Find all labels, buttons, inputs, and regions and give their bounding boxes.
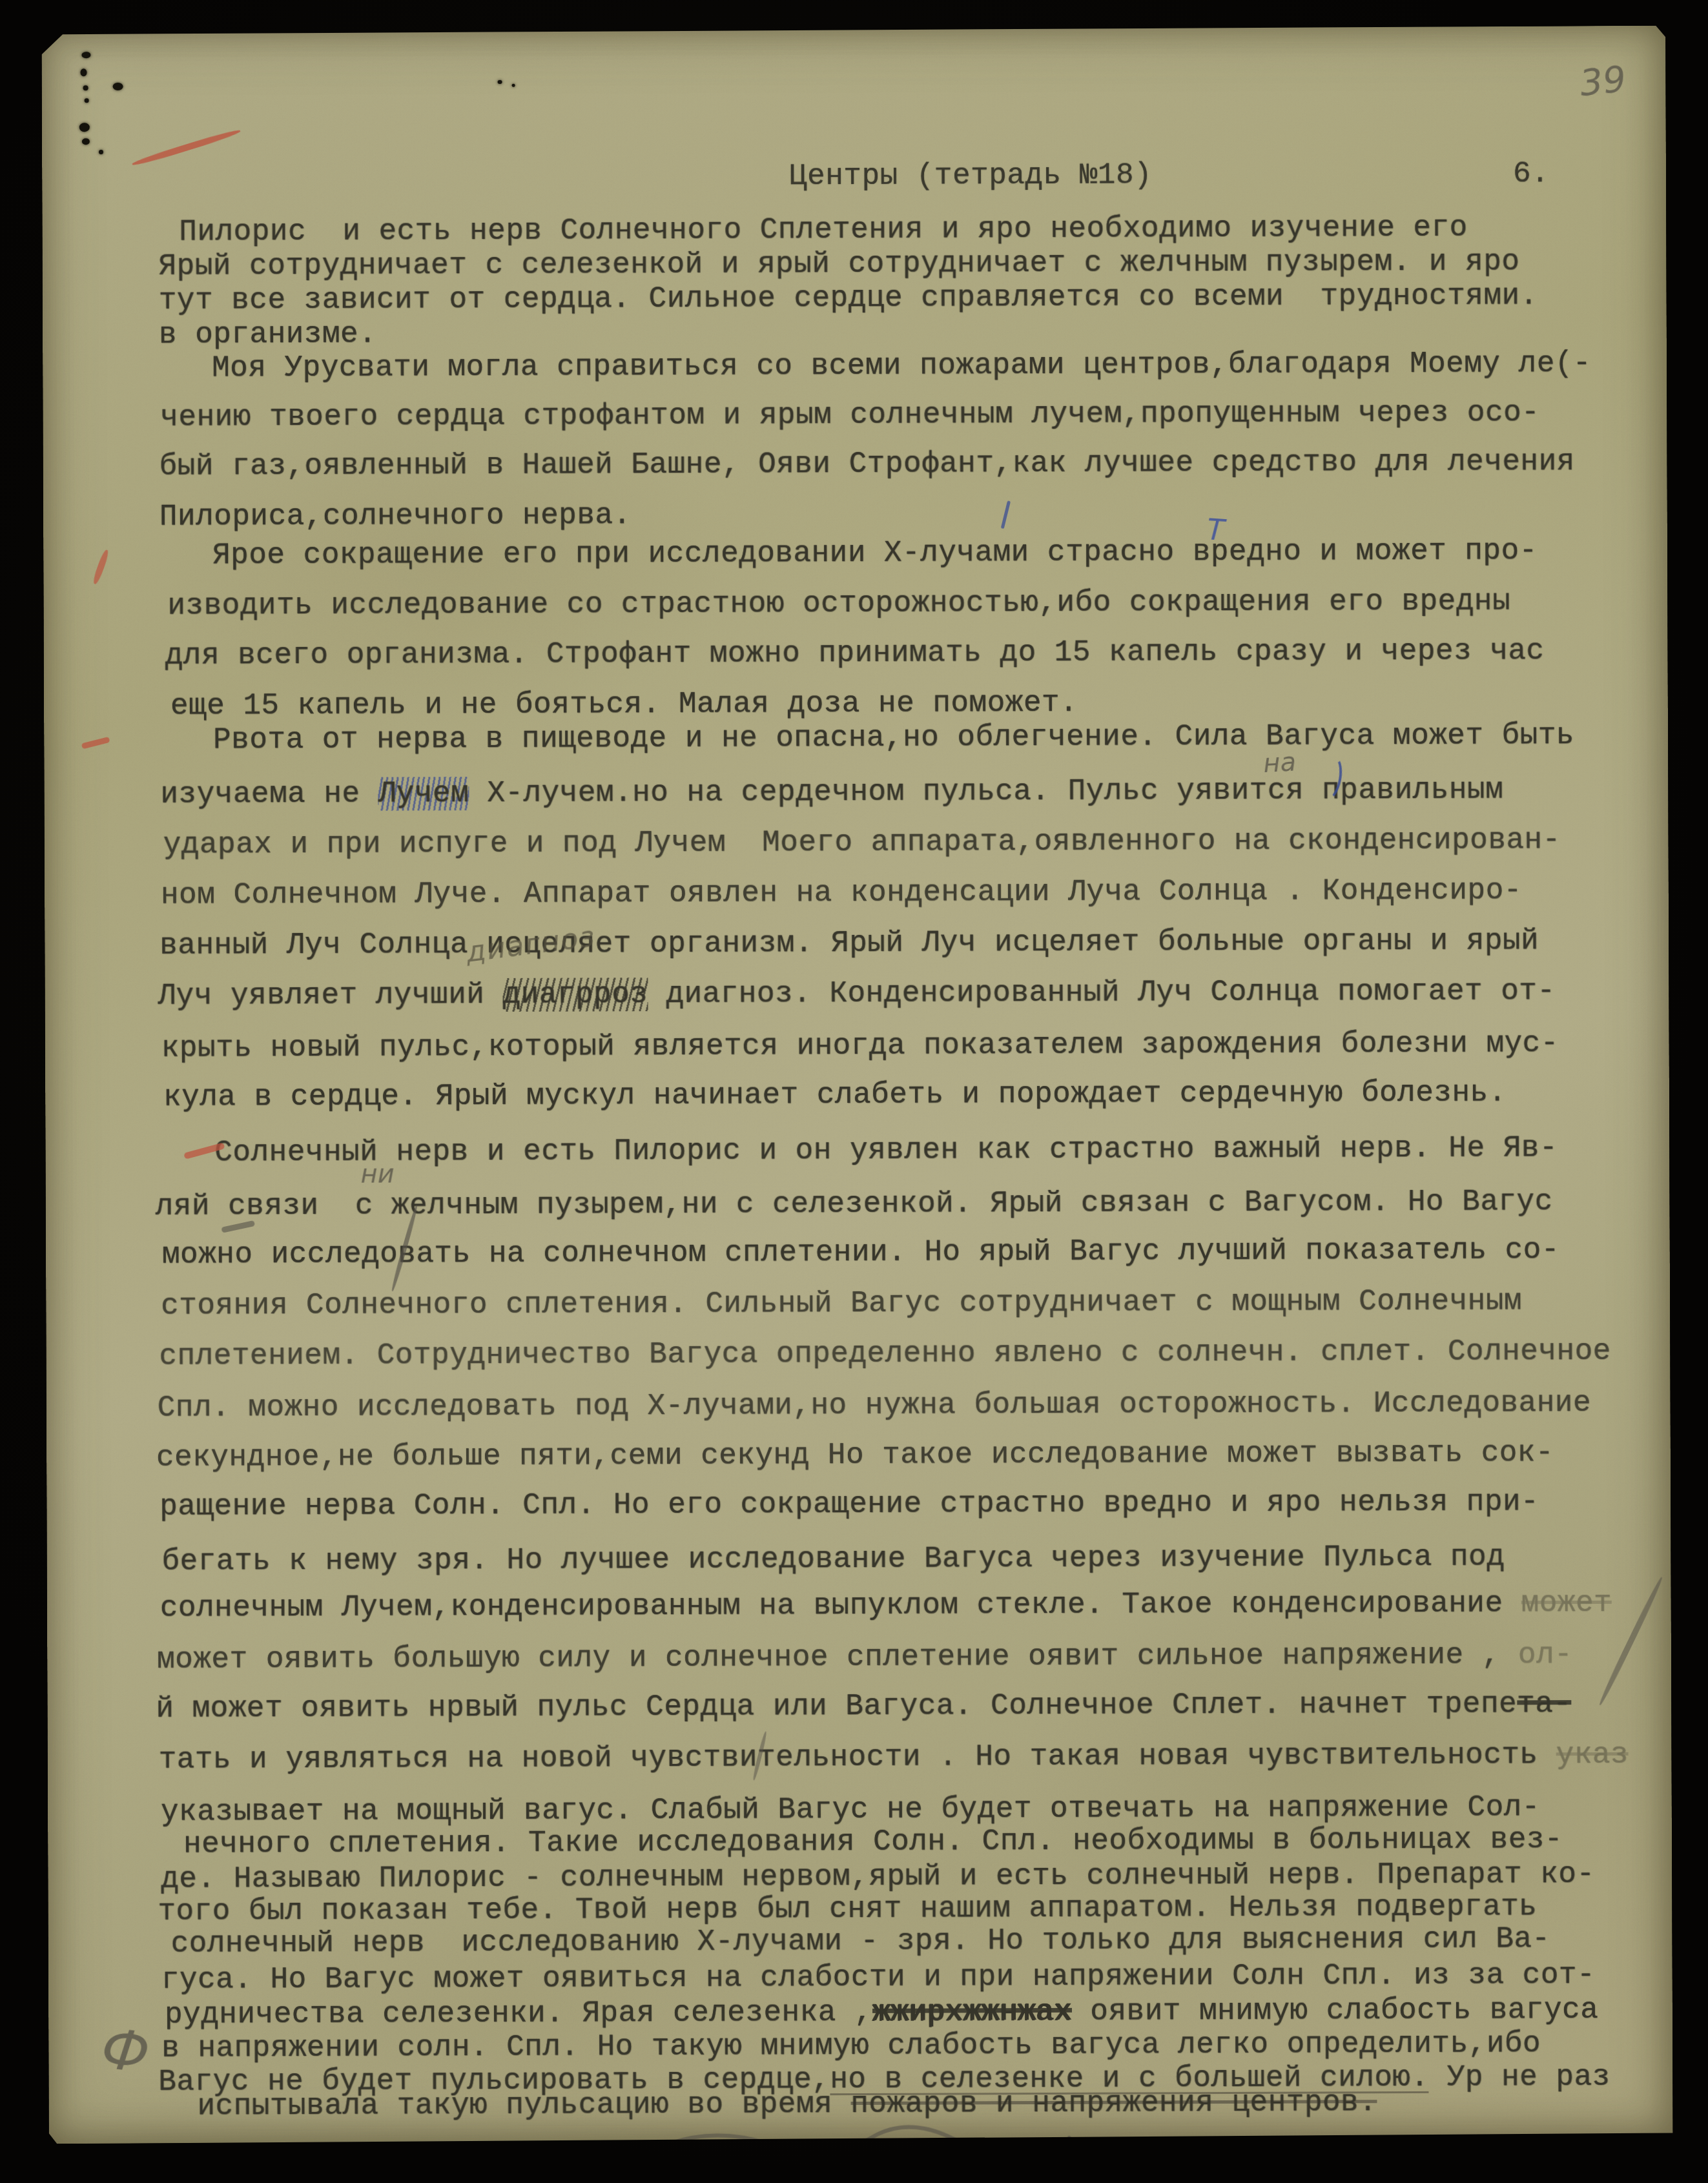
pencil-wavy-line	[653, 2118, 1073, 2166]
red-pencil-slash	[131, 128, 241, 167]
red-pencil-check	[92, 549, 110, 585]
document-page: Центры (тетрадь №18) 6. Пилорис и есть н…	[41, 26, 1672, 2144]
red-pencil-dash	[81, 737, 110, 750]
pencil-insert-stroke	[390, 1205, 418, 1292]
editorial-marks-layer	[41, 26, 1672, 2144]
red-pencil-dash	[183, 1142, 225, 1159]
scan-background: { "document": { "title": "Центры (тетрад…	[0, 0, 1708, 2183]
blue-ink-insert-curve	[1316, 753, 1345, 802]
pencil-slash-large	[1598, 1576, 1665, 1706]
pencil-dash	[221, 1220, 255, 1233]
blue-ink-tick	[1001, 500, 1011, 529]
pencil-slash-small	[752, 1731, 767, 1781]
